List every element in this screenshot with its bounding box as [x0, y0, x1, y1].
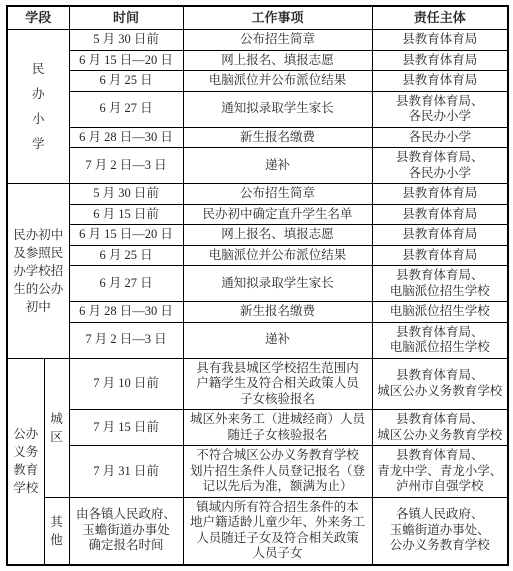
enrollment-schedule-table: 学段 时间 工作事项 责任主体 民办小学 5 月 30 日前 公布招生简章 县教…: [6, 5, 509, 566]
task-cell: 公布招生简章: [183, 184, 372, 205]
time-cell: 由各镇人民政府、 玉蟾街道办事处 确定报名时间: [69, 497, 183, 565]
table-row: 6 月 15 日—20 日 网上报名、填报志愿 县教育体育局: [7, 225, 508, 246]
owner-cell: 县教育体育局: [372, 204, 508, 225]
task-cell: 新生报名缴费: [183, 127, 372, 148]
table-row: 6 月 15 日前 民办初中确定直升学生名单 县教育体育局: [7, 204, 508, 225]
task-cell: 通知拟录取学生家长: [183, 91, 372, 127]
stage-cell-private-primary: 民办小学: [7, 30, 69, 184]
task-cell: 镇域内所有符合招生条件的本 地户籍适龄儿童少年、外来务工 人员随迁子女及符合相关…: [183, 497, 372, 565]
owner-cell: 电脑派位招生学校: [372, 302, 508, 323]
table-row: 6 月 15 日—20 日 网上报名、填报志愿 县教育体育局: [7, 50, 508, 71]
table-row: 7 月 15 日前 城区外来务工（进城经商）人员 随迁子女核验报名 县教育体育局…: [7, 410, 508, 446]
time-cell: 5 月 30 日前: [69, 30, 183, 51]
task-cell: 递补: [183, 148, 372, 184]
task-cell: 通知拟录取学生家长: [183, 266, 372, 302]
stage-label: 民办小学: [31, 57, 45, 157]
task-cell: 不符合城区公办义务教育学校 划片招生条件人员登记报名（登 记以先后为准，额满为止…: [183, 446, 372, 498]
owner-cell: 县教育体育局、 电脑派位招生学校: [372, 266, 508, 302]
header-stage: 学段: [7, 6, 69, 30]
task-cell: 电脑派位并公布派位结果: [183, 245, 372, 266]
area-label: 其他: [50, 513, 64, 549]
owner-cell: 各民办小学: [372, 127, 508, 148]
task-cell: 网上报名、填报志愿: [183, 225, 372, 246]
table-row: 公办义务教育学校 城区 7 月 10 日前 具有我县城区学校招生范围内 户籍学生…: [7, 358, 508, 410]
table-row: 6 月 25 日 电脑派位并公布派位结果 县教育体育局: [7, 245, 508, 266]
task-cell: 民办初中确定直升学生名单: [183, 204, 372, 225]
stage-cell-private-junior: 民办初中及参照民办学校招生的公办初中: [7, 184, 69, 359]
table-row: 6 月 27 日 通知拟录取学生家长 县教育体育局、 电脑派位招生学校: [7, 266, 508, 302]
owner-cell: 县教育体育局、 青龙中学、青龙小学、 泸州市自强学校: [372, 446, 508, 498]
time-cell: 7 月 15 日前: [69, 410, 183, 446]
time-cell: 6 月 28 日—30 日: [69, 302, 183, 323]
owner-cell: 各镇人民政府、 玉蟾街道办事处、 公办义务教育学校: [372, 497, 508, 565]
stage-cell-public-compulsory: 公办义务教育学校: [7, 358, 44, 565]
table-row: 其他 由各镇人民政府、 玉蟾街道办事处 确定报名时间 镇域内所有符合招生条件的本…: [7, 497, 508, 565]
owner-cell: 县教育体育局、 城区公办义务教育学校: [372, 358, 508, 410]
time-cell: 6 月 25 日: [69, 71, 183, 92]
time-cell: 7 月 10 日前: [69, 358, 183, 410]
owner-cell: 县教育体育局、 各民办小学: [372, 148, 508, 184]
task-cell: 公布招生简章: [183, 30, 372, 51]
task-cell: 网上报名、填报志愿: [183, 50, 372, 71]
table-row: 7 月 31 日前 不符合城区公办义务教育学校 划片招生条件人员登记报名（登 记…: [7, 446, 508, 498]
task-cell: 城区外来务工（进城经商）人员 随迁子女核验报名: [183, 410, 372, 446]
table-row: 6 月 28 日—30 日 新生报名缴费 各民办小学: [7, 127, 508, 148]
table-row: 6 月 25 日 电脑派位并公布派位结果 县教育体育局: [7, 71, 508, 92]
time-cell: 5 月 30 日前: [69, 184, 183, 205]
owner-cell: 县教育体育局: [372, 50, 508, 71]
time-cell: 6 月 15 日—20 日: [69, 225, 183, 246]
table-row: 7 月 2 日—3 日 递补 县教育体育局、 各民办小学: [7, 148, 508, 184]
owner-cell: 县教育体育局: [372, 30, 508, 51]
owner-cell: 县教育体育局: [372, 245, 508, 266]
time-cell: 7 月 31 日前: [69, 446, 183, 498]
time-cell: 6 月 27 日: [69, 266, 183, 302]
time-cell: 7 月 2 日—3 日: [69, 322, 183, 358]
table-row: 民办初中及参照民办学校招生的公办初中 5 月 30 日前 公布招生简章 县教育体…: [7, 184, 508, 205]
owner-cell: 县教育体育局: [372, 71, 508, 92]
time-cell: 6 月 25 日: [69, 245, 183, 266]
header-task: 工作事项: [183, 6, 372, 30]
area-label: 城区: [50, 410, 64, 446]
header-time: 时间: [69, 6, 183, 30]
task-cell: 新生报名缴费: [183, 302, 372, 323]
table-row: 6 月 28 日—30 日 新生报名缴费 电脑派位招生学校: [7, 302, 508, 323]
owner-cell: 县教育体育局: [372, 184, 508, 205]
stage-label: 公办义务教育学校: [12, 425, 39, 497]
task-cell: 电脑派位并公布派位结果: [183, 71, 372, 92]
table-row: 6 月 27 日 通知拟录取学生家长 县教育体育局、 各民办小学: [7, 91, 508, 127]
table-row: 7 月 2 日—3 日 递补 县教育体育局、 电脑派位招生学校: [7, 322, 508, 358]
time-cell: 6 月 27 日: [69, 91, 183, 127]
time-cell: 6 月 15 日—20 日: [69, 50, 183, 71]
area-cell-other: 其他: [44, 497, 69, 565]
table-row: 民办小学 5 月 30 日前 公布招生简章 县教育体育局: [7, 30, 508, 51]
header-row: 学段 时间 工作事项 责任主体: [7, 6, 508, 30]
header-owner: 责任主体: [372, 6, 508, 30]
stage-label: 民办初中及参照民办学校招生的公办初中: [12, 226, 65, 316]
time-cell: 6 月 28 日—30 日: [69, 127, 183, 148]
task-cell: 递补: [183, 322, 372, 358]
page-container: 学段 时间 工作事项 责任主体 民办小学 5 月 30 日前 公布招生简章 县教…: [0, 0, 513, 571]
area-cell-urban: 城区: [44, 358, 69, 497]
owner-cell: 县教育体育局、 城区公办义务教育学校: [372, 410, 508, 446]
task-cell: 具有我县城区学校招生范围内 户籍学生及符合相关政策人员 子女核验报名: [183, 358, 372, 410]
owner-cell: 县教育体育局、 电脑派位招生学校: [372, 322, 508, 358]
time-cell: 6 月 15 日前: [69, 204, 183, 225]
owner-cell: 县教育体育局: [372, 225, 508, 246]
time-cell: 7 月 2 日—3 日: [69, 148, 183, 184]
owner-cell: 县教育体育局、 各民办小学: [372, 91, 508, 127]
